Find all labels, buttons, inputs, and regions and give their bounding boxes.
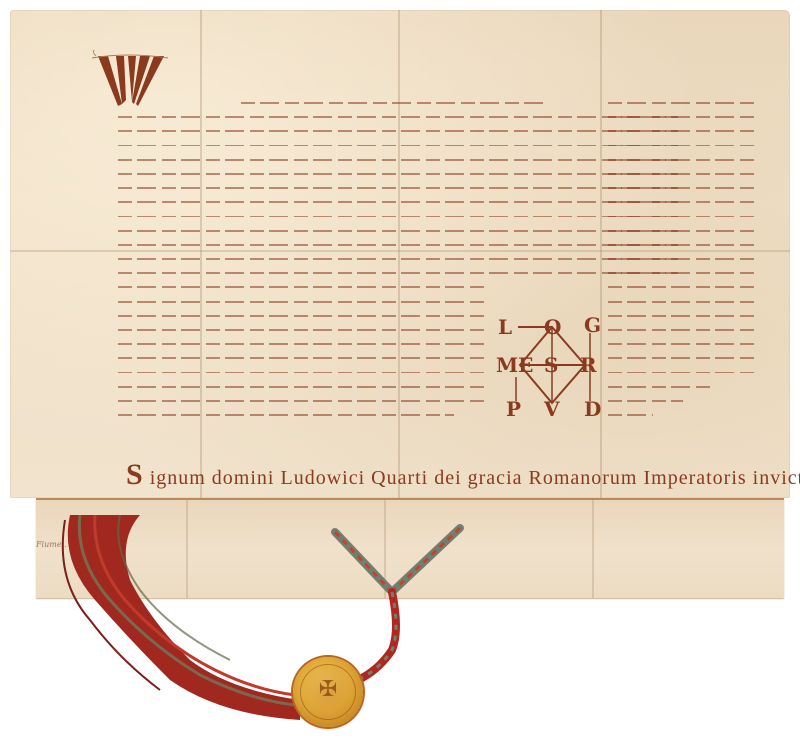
imperial-monogram: L O G ME S R P V D	[490, 305, 620, 425]
monogram-letter: R	[580, 353, 597, 377]
monogram-letter: V	[544, 397, 560, 421]
monogram-letter: P	[506, 397, 521, 421]
signum-initial: S	[126, 458, 144, 491]
signum-text: ignum domini Ludowici Quarti dei gracia …	[150, 467, 800, 489]
monogram-letter: S	[544, 353, 558, 377]
monogram-letter: D	[584, 397, 601, 421]
plica-note: Fiume . . .	[36, 540, 77, 549]
plica-fold	[36, 498, 784, 598]
fold-line	[186, 500, 188, 598]
monogram-letter: O	[544, 315, 561, 339]
monogram-letter: ME	[496, 353, 533, 377]
golden-bull-seal: ✠	[293, 657, 363, 727]
charter-text-right	[608, 102, 758, 428]
decorated-initial-w	[88, 50, 173, 108]
monogram-letter: L	[498, 315, 512, 339]
monogram-letter: G	[584, 313, 601, 337]
eagle-icon: ✠	[293, 677, 363, 702]
signum-line: Signum domini Ludowici Quarti dei gracia…	[126, 458, 800, 492]
fold-line	[384, 500, 386, 598]
fold-line	[592, 500, 594, 598]
